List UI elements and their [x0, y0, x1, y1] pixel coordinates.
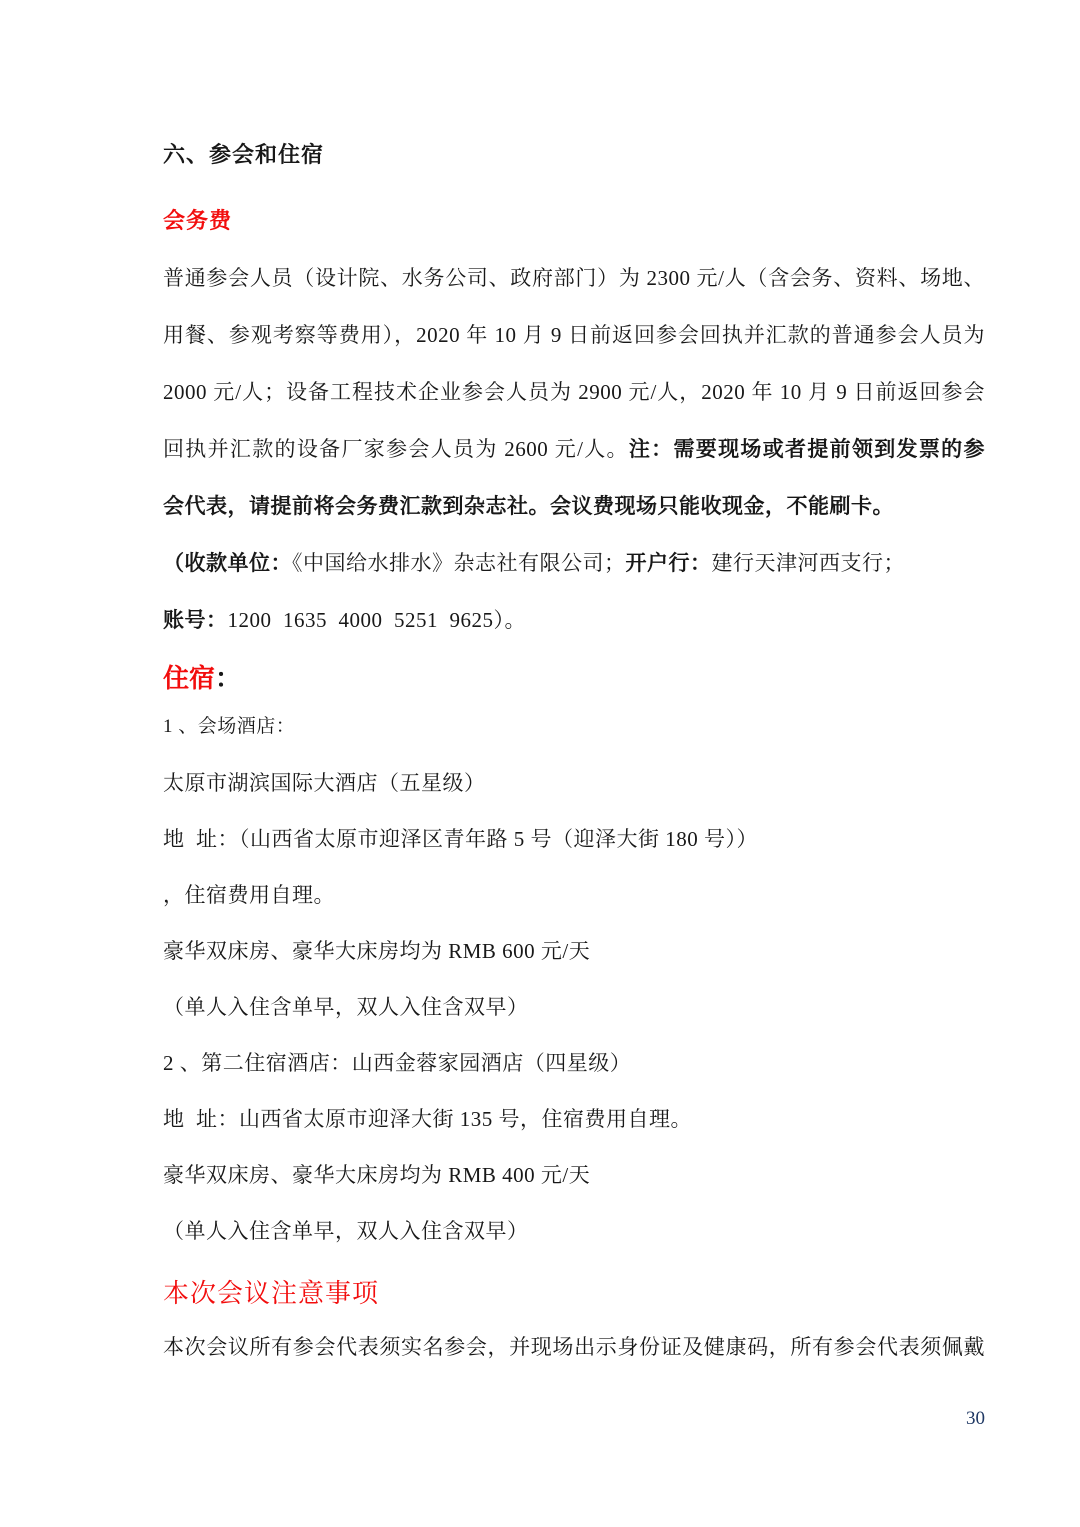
lodging-heading-colon: ：	[215, 664, 241, 693]
fee-line-2: 用餐、参观考察等费用），2020 年 10 月 9 日前返回参会回执并汇款的普通…	[163, 307, 985, 364]
account-line: 账号：1200 1635 4000 5251 9625）。	[163, 592, 985, 649]
hotel2-price: 豪华双床房、豪华大床房均为 RMB 400 元/天	[163, 1147, 985, 1203]
document-content: 六、参会和住宿 会务费 普通参会人员（设计院、水务公司、政府部门）为 2300 …	[163, 140, 985, 1432]
payee-value: 《中国给水排水》杂志社有限公司；	[292, 551, 626, 575]
lodging-heading: 住宿：	[163, 659, 985, 699]
account-value: 1200 1635 4000 5251 9625）。	[228, 608, 527, 632]
page-number: 30	[163, 1406, 985, 1432]
hotel2-breakfast-note: （单人入住含单早，双人入住含双早）	[163, 1203, 985, 1259]
bank-value: 建行天津河西支行；	[712, 551, 906, 575]
hotel1-price: 豪华双床房、豪华大床房均为 RMB 600 元/天	[163, 923, 985, 979]
hotel2-item-title: 2 、第二住宿酒店：山西金蓉家园酒店（四星级）	[163, 1035, 985, 1091]
payment-info-line: （收款单位：《中国给水排水》杂志社有限公司；开户行：建行天津河西支行；	[163, 535, 985, 592]
bank-label: 开户行：	[626, 551, 712, 575]
notice-heading: 本次会议注意事项	[163, 1269, 985, 1319]
hotel2-address: 地 址：山西省太原市迎泽大街 135 号，住宿费用自理。	[163, 1091, 985, 1147]
account-label: 账号：	[163, 608, 228, 632]
lodging-section: 1 、会场酒店： 太原市湖滨国际大酒店（五星级） 地 址：（山西省太原市迎泽区青…	[163, 699, 985, 1259]
hotel1-address-continued: ，住宿费用自理。	[163, 867, 985, 923]
fee-paragraph: 普通参会人员（设计院、水务公司、政府部门）为 2300 元/人（含会务、资料、场…	[163, 250, 985, 649]
fee-line-4-normal: 回执并汇款的设备厂家参会人员为 2600 元/人。	[163, 437, 629, 461]
lodging-heading-text: 住宿	[163, 664, 215, 693]
section-title: 六、参会和住宿	[163, 140, 985, 170]
hotel1-name: 太原市湖滨国际大酒店（五星级）	[163, 755, 985, 811]
payee-label: （收款单位：	[163, 551, 292, 575]
notice-line-1: 本次会议所有参会代表须实名参会，并现场出示身份证及健康码，所有参会代表须佩戴	[163, 1319, 985, 1376]
document-page: 六、参会和住宿 会务费 普通参会人员（设计院、水务公司、政府部门）为 2300 …	[0, 0, 1080, 1527]
fee-line-4-note: 注：需要现场或者提前领到发票的参	[629, 437, 985, 461]
hotel1-address: 地 址：（山西省太原市迎泽区青年路 5 号（迎泽大街 180 号））	[163, 811, 985, 867]
hotel1-breakfast-note: （单人入住含单早，双人入住含双早）	[163, 979, 985, 1035]
fee-heading: 会务费	[163, 206, 985, 236]
fee-line-1: 普通参会人员（设计院、水务公司、政府部门）为 2300 元/人（含会务、资料、场…	[163, 250, 985, 307]
fee-line-5-note: 会代表，请提前将会务费汇款到杂志社。会议费现场只能收现金，不能刷卡。	[163, 478, 985, 535]
fee-line-3: 2000 元/人；设备工程技术企业参会人员为 2900 元/人，2020 年 1…	[163, 364, 985, 421]
fee-line-4: 回执并汇款的设备厂家参会人员为 2600 元/人。注：需要现场或者提前领到发票的…	[163, 421, 985, 478]
hotel1-item-title: 1 、会场酒店：	[163, 699, 985, 755]
